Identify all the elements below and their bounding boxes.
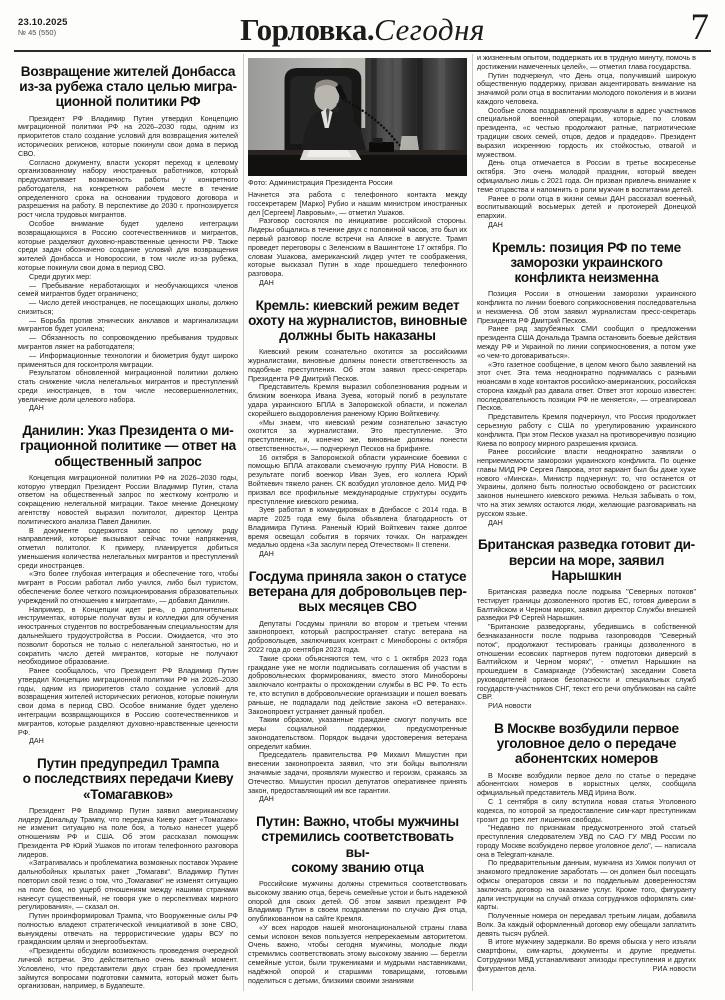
article-byline: ДАН bbox=[18, 404, 238, 413]
article-paragraph: — Число детей иностранцев, не посещающих… bbox=[18, 299, 238, 317]
article-headline: В Москве возбудили первое уголовное дело… bbox=[477, 721, 696, 767]
article-paragraph: Особое внимание будет уделено интеграции… bbox=[18, 220, 238, 273]
article-paragraph: «Мы знаем, что киевский режим сознательн… bbox=[248, 419, 467, 454]
article-paragraph: "Недавно по признакам предусмотренного э… bbox=[477, 824, 696, 859]
article-headline: Возвращение жителей Донбасса из-за рубеж… bbox=[18, 64, 238, 110]
article-paragraph: Президент РФ Владимир Путин утвердил Кон… bbox=[18, 115, 238, 159]
article-paragraph: С 1 сентября в силу вступила новая стать… bbox=[477, 798, 696, 824]
article-paragraph: По предварительным данным, мужчина из Хи… bbox=[477, 859, 696, 912]
article-paragraph: Российские мужчины должны стремиться соо… bbox=[248, 880, 467, 924]
article-headline: Данилин: Указ Президента о ми- грационно… bbox=[18, 423, 238, 469]
article-headline: Британская разведка готовит ди- версии н… bbox=[477, 537, 696, 583]
article-paragraph: Например, в Концепции идет речь, о допол… bbox=[18, 606, 238, 667]
article-paragraph: «У всех народов нашей многонациональной … bbox=[248, 924, 467, 985]
article-headline: Путин: Важно, чтобы мужчины стремились с… bbox=[248, 814, 467, 875]
article-paragraph: Путин подчеркнул, что День отца, получив… bbox=[477, 72, 696, 107]
article-paragraph: Представитель Кремля выразил соболезнова… bbox=[248, 383, 467, 418]
columns-container: Возвращение жителей Донбасса из-за рубеж… bbox=[14, 52, 711, 991]
masthead: Горловка.Сегодня bbox=[14, 12, 711, 48]
article-headline: Путин предупредил Трампа о последствиях … bbox=[18, 756, 238, 802]
article-paragraph-continued: Начнется эта работа с телефонного контак… bbox=[248, 191, 467, 217]
article-paragraph: В итоге мужчину задержали. Во время обыс… bbox=[477, 938, 696, 973]
article-paragraph: Ранее российские власти неоднократно зая… bbox=[477, 448, 696, 518]
article-paragraph: Британская разведка после подрыва "Север… bbox=[477, 588, 696, 623]
article-headline: Госдума приняла закон о статусе ветерана… bbox=[248, 569, 467, 615]
article-paragraph: День отца отмечается в России в третье в… bbox=[477, 159, 696, 194]
article-paragraph: Концепция миграционной политики РФ на 20… bbox=[18, 474, 238, 527]
masthead-title: Горловка. bbox=[240, 12, 374, 47]
article-paragraph: Президент РФ Владимир Путин заявил амери… bbox=[18, 807, 238, 860]
article-byline: ДАН bbox=[248, 279, 467, 288]
page-number: 7 bbox=[691, 6, 710, 49]
article-byline: РИА новости bbox=[477, 702, 696, 711]
article-paragraph: «Это газетное сообщение, в целом много б… bbox=[477, 361, 696, 414]
photo-illustration bbox=[248, 58, 467, 176]
photo-phone-console bbox=[369, 142, 394, 152]
article-byline: ДАН bbox=[477, 221, 696, 230]
column-1: Возвращение жителей Донбасса из-за рубеж… bbox=[14, 54, 243, 991]
article-paragraph: — Обязанность по сопровождению пребывани… bbox=[18, 334, 238, 352]
article-paragraph: Киевский режим сознательно охотится за р… bbox=[248, 348, 467, 383]
article-paragraph: — Информационные технологии и биометрия … bbox=[18, 352, 238, 370]
article-byline: ДАН bbox=[477, 519, 696, 528]
page-header: 23.10.2025 № 45 (550) Горловка.Сегодня 7 bbox=[14, 0, 711, 52]
article-byline: ДАН bbox=[248, 795, 467, 804]
article-paragraph: Позиция России в отношении заморозки укр… bbox=[477, 290, 696, 325]
article-paragraph: Такие сроки объясняются тем, что с 1 окт… bbox=[248, 655, 467, 716]
article-paragraph: Зуев работал в командировках в Донбассе … bbox=[248, 506, 467, 550]
article-paragraph: Депутаты Госдумы приняли во втором и тре… bbox=[248, 620, 467, 655]
article-paragraph: «Затрагивалась и проблематика возможных … bbox=[18, 859, 238, 912]
article-byline: РИА новости bbox=[642, 965, 696, 974]
article-paragraph: Особые слова поздравлений прозвучали в а… bbox=[477, 107, 696, 160]
article-paragraph: «Президенты обсудили возможность проведе… bbox=[18, 947, 238, 991]
photo-putin-phone-call bbox=[248, 58, 467, 176]
article-paragraph: Председатель правительства РФ Михаил Миш… bbox=[248, 751, 467, 795]
column-2: Фото: Администрация Президента РоссииНач… bbox=[243, 54, 472, 991]
column-3: и жизненным опытом, поддержать их в труд… bbox=[472, 54, 701, 991]
article-paragraph: Полученные номера он передавал третьим л… bbox=[477, 912, 696, 938]
article-paragraph: — Борьба против этнических анклавов и ма… bbox=[18, 317, 238, 335]
article-paragraph: Представитель Кремля подчеркнул, что Рос… bbox=[477, 413, 696, 448]
article-paragraph: 16 октября в Запорожской области украинс… bbox=[248, 454, 467, 507]
article-paragraph: Ранее ряд зарубежных СМИ сообщил о предл… bbox=[477, 325, 696, 360]
article-paragraph: В Москве возбудили первое дело по статье… bbox=[477, 772, 696, 798]
article-byline: ДАН bbox=[18, 737, 238, 746]
article-paragraph: Путин проинформировал Трампа, что Вооруж… bbox=[18, 912, 238, 947]
masthead-subtitle: Сегодня bbox=[374, 12, 485, 47]
article-paragraph: "Британские разведорганы, убедившись в с… bbox=[477, 623, 696, 702]
article-byline: ДАН bbox=[248, 550, 467, 559]
article-paragraph: Ранее сообщалось, что Президент РФ Влади… bbox=[18, 667, 238, 737]
article-paragraph: Разговор состоялся по инициативе российс… bbox=[248, 217, 467, 278]
article-paragraph: Таким образом, указанные граждане смогут… bbox=[248, 716, 467, 751]
article-paragraph: Ранее о роли отца в жизни семьи ДАН расс… bbox=[477, 195, 696, 221]
photo-caption: Фото: Администрация Президента России bbox=[248, 178, 467, 187]
newspaper-page: 23.10.2025 № 45 (550) Горловка.Сегодня 7… bbox=[0, 0, 725, 1000]
article-paragraph-continued: и жизненным опытом, поддержать их в труд… bbox=[477, 54, 696, 72]
article-paragraph: — Пребывание неработающих и необучающихс… bbox=[18, 282, 238, 300]
photo-stand bbox=[400, 136, 419, 150]
article-headline: Кремль: киевский режим ведет охоту на жу… bbox=[248, 298, 467, 344]
article-paragraph: В документе содержится запрос по целому … bbox=[18, 527, 238, 571]
article-paragraph: Результатом обновленной миграционной пол… bbox=[18, 369, 238, 404]
article-paragraph: «Это более глубокая интеграция и обеспеч… bbox=[18, 570, 238, 605]
article-paragraph: Согласно документу, власти ускорят перех… bbox=[18, 159, 238, 220]
article-headline: Кремль: позиция РФ по теме заморозки укр… bbox=[477, 240, 696, 286]
